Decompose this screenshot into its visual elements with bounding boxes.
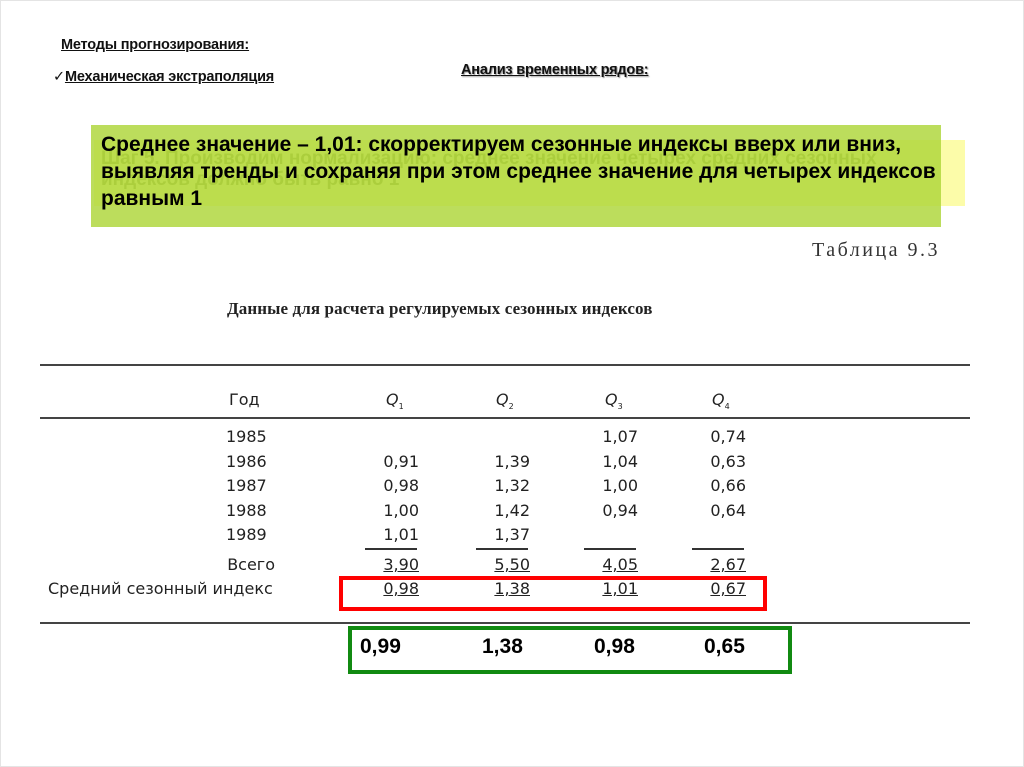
adjusted-index-value: 0,65 <box>704 635 745 659</box>
adjusted-index-value: 0,99 <box>360 635 401 659</box>
mechanical-extrapolation-label: Механическая экстраполяция <box>65 69 274 85</box>
table-cell: 0,63 <box>686 452 746 471</box>
total-cell: 2,67 <box>686 555 746 574</box>
table-cell: 0,98 <box>359 476 419 495</box>
table-row-year: 1989 <box>226 525 274 544</box>
note-callout-text: Среднее значение – 1,01: скорректируем с… <box>101 131 941 212</box>
table-cell: 1,01 <box>359 525 419 544</box>
table-caption: Таблица 9.3 <box>812 239 940 262</box>
table-cell: 0,91 <box>359 452 419 471</box>
methods-heading: Методы прогнозирования: <box>61 37 249 53</box>
sum-divider <box>476 548 528 550</box>
table-cell: 0,74 <box>686 427 746 446</box>
sum-divider <box>692 548 744 550</box>
table-row-year: 1985 <box>226 427 274 446</box>
adjusted-index-value: 0,98 <box>594 635 635 659</box>
header-year: Год <box>229 390 260 409</box>
sum-divider <box>365 548 417 550</box>
total-cell: 4,05 <box>578 555 638 574</box>
table-row-year: 1987 <box>226 476 274 495</box>
header-q2: Q2 <box>496 390 514 411</box>
header-q1: Q1 <box>386 390 404 411</box>
table-header-rule <box>40 417 970 419</box>
header-q3: Q3 <box>605 390 623 411</box>
table-top-rule <box>40 364 970 366</box>
average-index-highlight <box>339 576 767 611</box>
table-cell: 1,07 <box>578 427 638 446</box>
table-row-year: 1986 <box>226 452 274 471</box>
sum-divider <box>584 548 636 550</box>
table-cell: 0,64 <box>686 501 746 520</box>
header-q4: Q4 <box>712 390 730 411</box>
total-label: Всего <box>225 555 275 574</box>
table-row-year: 1988 <box>226 501 274 520</box>
average-label: Средний сезонный индекс <box>48 579 316 598</box>
table-cell: 1,42 <box>470 501 530 520</box>
adjusted-index-value: 1,38 <box>482 635 523 659</box>
total-cell: 3,90 <box>359 555 419 574</box>
table-cell: 1,39 <box>470 452 530 471</box>
table-cell: 1,00 <box>578 476 638 495</box>
table-cell: 1,04 <box>578 452 638 471</box>
mechanical-extrapolation-heading: ✓Механическая экстраполяция <box>53 69 274 85</box>
table-cell: 1,37 <box>470 525 530 544</box>
table-cell: 1,32 <box>470 476 530 495</box>
table-title: Данные для расчета регулируемых сезонных… <box>227 299 652 319</box>
checkmark-icon: ✓ <box>53 69 65 85</box>
table-cell: 0,66 <box>686 476 746 495</box>
time-series-heading: Анализ временных рядов: <box>461 62 648 78</box>
table-bottom-rule <box>40 622 970 624</box>
table-cell: 0,94 <box>578 501 638 520</box>
total-cell: 5,50 <box>470 555 530 574</box>
table-cell: 1,00 <box>359 501 419 520</box>
